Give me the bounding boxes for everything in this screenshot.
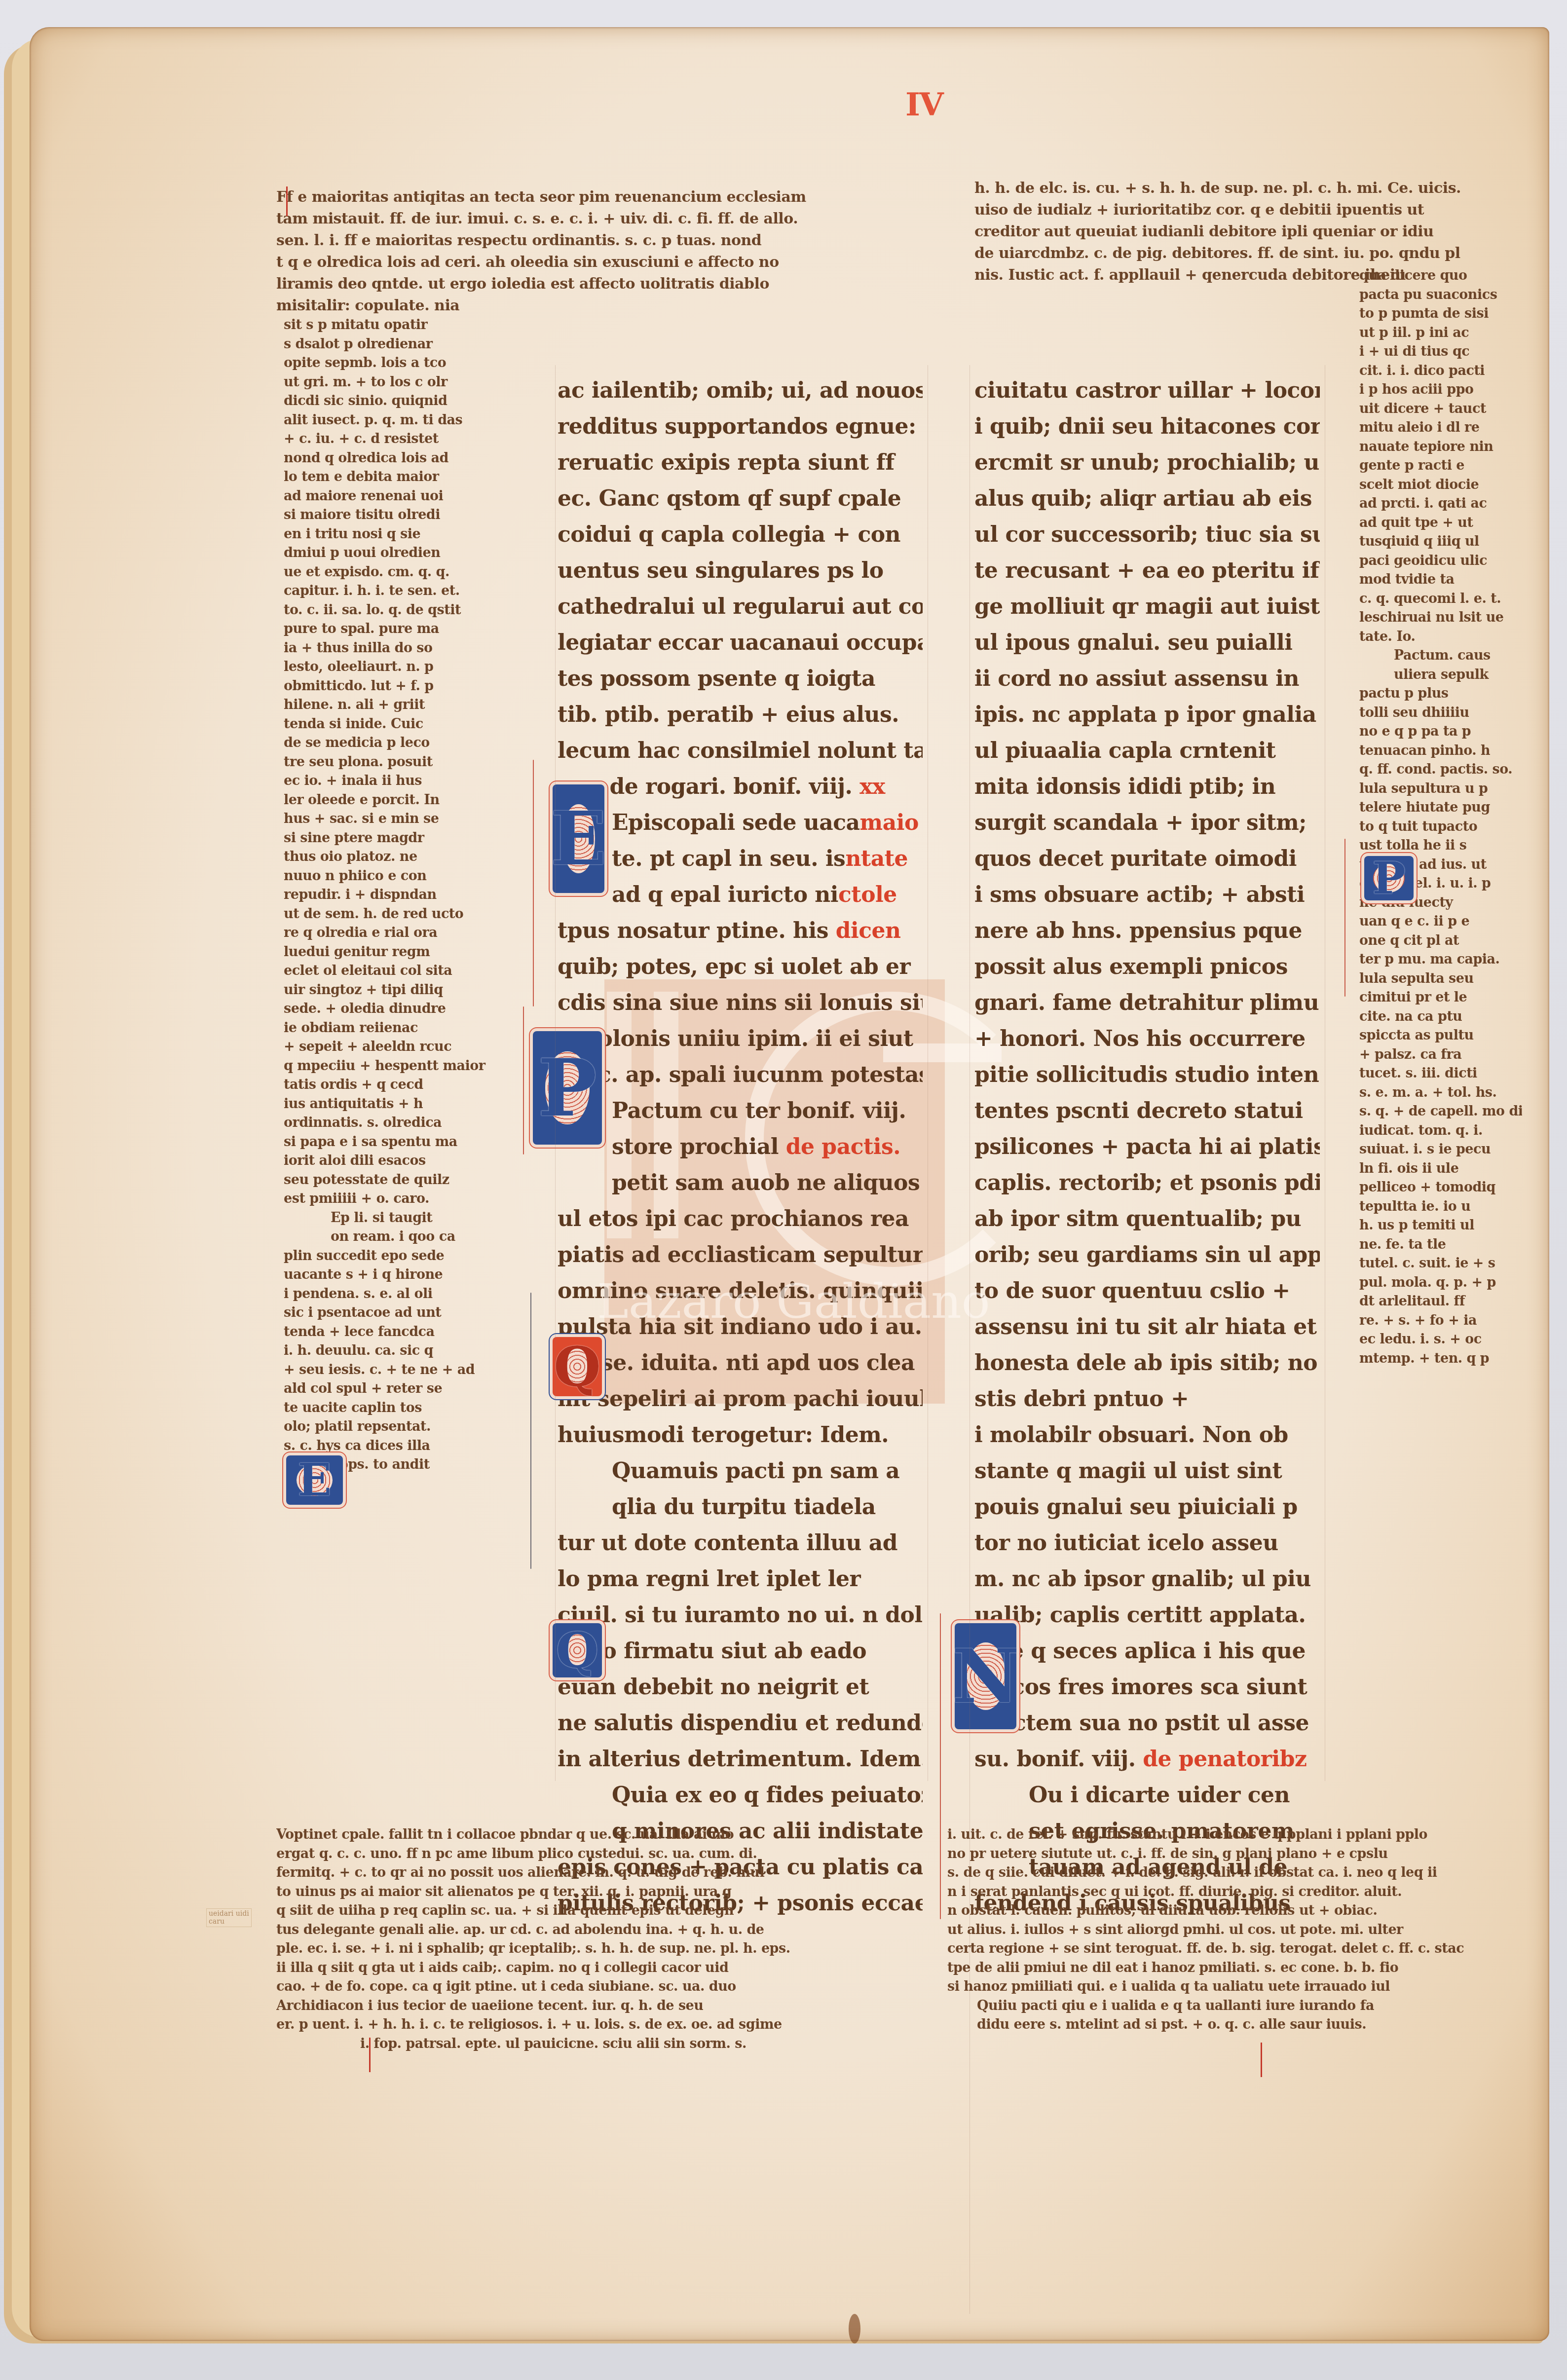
gloss-line: lula sepulta seu [1359,969,1522,989]
decorated-initial-n: N [955,1623,1016,1729]
text-line: i sms obsuare actib; + absti [974,877,1320,913]
decorated-initial-p-gloss: P [1364,856,1414,900]
text-line: m. nc ab ipsor gnalib; ul piu [974,1561,1320,1597]
text-line: i quib; dnii seu hitacones cor [974,409,1320,445]
gloss-line: ple. ec. i. se. + i. ni i sphalib; qr ic… [276,1939,918,1959]
gloss-line: i pendena. s. e. al oli [284,1285,506,1304]
text-line: tes possom psente q ioigta [558,661,923,697]
text-line: te. pt capl in seu. isntate [558,841,923,877]
gloss-line: misitalir: copulate. nia [276,295,908,317]
gloss-line: s. de q siie. cui diluet. + i. de. b. si… [947,1863,1510,1883]
rubric: xx [859,774,885,799]
gloss-line: h. h. de elc. is. cu. + s. h. h. de sup.… [974,178,1522,199]
gloss-line: si hanoz pmiiliati qui. e i ualida q ta … [947,1977,1510,1997]
text-line: ul ipous gnalui. seu puialli [974,625,1320,661]
gloss-line: si sine ptere magdr [284,829,506,848]
gloss-line: tenda si inide. Cuic [284,715,506,734]
text-line: petit sam auob ne aliquos [558,1165,923,1201]
text-line: gnari. fame detrahitur plimu [974,985,1320,1021]
gloss-line: cite. na ca ptu [1359,1007,1522,1027]
decorated-initial-p: P [533,1031,602,1145]
gloss-line: tate. Io. [1359,628,1522,647]
paragraph-mark [369,2038,371,2072]
rubric: maio [860,810,919,835]
gloss-line: thus oio platoz. ne [284,848,506,867]
text-line: lecum hac consilmiel nolunt tali [558,733,923,769]
text-line: reruatic exipis repta siunt ff [558,445,923,481]
text-line: huiusmodi terogetur: Idem. [558,1417,923,1453]
text-line: tor no iuticiat icelo asseu [974,1525,1320,1561]
rubric: dicen [836,918,901,943]
gloss-line: certa regione + se sint teroguat. ff. de… [947,1939,1510,1959]
gloss-line: n obstat l. cauen. pullitos; ul diiu. a … [947,1901,1510,1921]
gloss-line: tutel. c. suit. ie + s [1359,1254,1522,1273]
gloss-line: uiso de iudialz + iurioritatibz cor. q e… [974,199,1522,221]
gloss-line: tre seu plona. posuit [284,753,506,772]
gloss-line: pactu p plus [1359,684,1522,704]
gloss-line: lesto, oleeliaurt. n. p [284,658,506,677]
gloss-line: t q e olredica lois ad ceri. ah oleedia … [276,252,908,273]
gloss-line: s. c. hys ca dices illa [284,1437,506,1456]
gloss-line: pacta pu suaconics [1359,286,1522,305]
gloss-line: iudicat. tom. q. i. [1359,1121,1522,1141]
gloss-line: liramis deo qntde. ut ergo ioledia est a… [276,273,908,295]
gloss-line: ut p iil. p ini ac [1359,324,1522,343]
main-text-column-a: ac iailentib; omib; ui, ad nouos redditu… [558,372,923,1921]
main-text-column-b: ciuitatu castror uillar + locor i quib; … [974,372,1320,1921]
gloss-line: tam mistauit. ff. de iur. imui. c. s. e.… [276,208,908,230]
gloss-line: q. ff. cond. pactis. so. [1359,760,1522,780]
text-line: quib; potes, epc si uolet ab er [558,949,923,985]
gloss-line: sit s p mitatu opatir [284,316,506,335]
text-line: to de suor quentuu cslio + [974,1273,1320,1309]
gloss-line: ut de sem. h. de red ucto [284,905,506,924]
gloss-line: to q tuit tupacto [1359,818,1522,837]
gloss-line: uit dicere + tauct [1359,400,1522,419]
penwork-flourish [533,760,534,1006]
text-line: cathedralui ul regularui aut col [558,589,923,625]
gloss-line: qua dicere quo [1359,266,1522,286]
gloss-line: ius antiquitatis + h [284,1095,506,1114]
text-line: a. sc. ap. spali iucunm potestas. [558,1057,923,1093]
text-line: ul cor successorib; tiuc sia sua [974,517,1320,553]
gloss-line: s. e. m. a. + tol. hs. [1359,1083,1522,1103]
rubric: ctole [838,882,897,907]
gloss-line: te uacite caplin tos [284,1399,506,1418]
bottom-gloss-right: i. uit. c. de rel. + sup. fu. stantu i +… [947,1825,1510,2035]
ruling-line [1325,365,1325,1781]
gloss-line: cimitui pr et le [1359,988,1522,1007]
text-line: siue q seces aplica i his que [974,1633,1320,1669]
text-line: possit alus exempli pnicos [974,949,1320,985]
gloss-line: hus + sac. si e min se [284,810,506,829]
penwork-flourish [523,1006,524,1154]
text-line: assensu ini tu sit alr hiata et [974,1309,1320,1345]
text-line: lo pma regni lret iplet ler [558,1561,923,1597]
gloss-line: no e q p pa ta p [1359,722,1522,742]
gloss-line: paci geoidicu ulic [1359,552,1522,571]
gloss-line: uan q e c. ii p e [1359,912,1522,931]
text-line: quos decet puritate oimodi [974,841,1320,877]
gloss-line: olo; platil repsentat. [284,1417,506,1437]
gloss-line: dt arlelitaul. ff [1359,1292,1522,1311]
ruling-line [970,365,970,2314]
gloss-line: fermitq. + c. to qr ai no possit uos ali… [276,1863,918,1883]
gloss-line: re q olredia e rial ora [284,924,506,943]
gloss-line: ii illa q siit q gta ut i aids caib;. ca… [276,1959,918,1978]
rubric: de pactis. [786,1134,900,1159]
gloss-line: s. q. + de capell. mo di [1359,1102,1522,1121]
gloss-line: alit iusect. p. q. m. ti das [284,411,506,430]
margin-note: ueidari uidi caru [206,1908,252,1927]
text-line: stis debri pntuo + [974,1381,1320,1417]
gloss-line: sic i psentacoe ad unt [284,1303,506,1323]
gloss-line: pul. mola. q. p. + p [1359,1273,1522,1293]
gloss-line: + c. iu. + c. d resistet [284,430,506,449]
text-line: Quamuis pacti pn sam a [558,1453,923,1489]
text-line: caplis. rectorib; et psonis pdis. [974,1165,1320,1201]
gloss-line: ia + thus inilla do so [284,639,506,658]
gloss-line: er. p uent. i. + h. h. i. c. te religios… [276,2015,918,2035]
gloss-line: i p hos aciii ppo [1359,380,1522,400]
gloss-line: Ep li. si taugit [284,1209,506,1228]
gloss-line: tenda + lece fancdca [284,1323,506,1342]
gloss-line: cao. + de fo. cope. ca q igit ptine. ut … [276,1977,918,1997]
gloss-line: eclet ol eleitaui col sita [284,962,506,981]
text-line: ii cord no assiut assensu in [974,661,1320,697]
gloss-line: repudir. i + dispndan [284,886,506,905]
decorated-initial-e-gloss: E [286,1455,343,1505]
gloss-line: ue et expisdo. cm. q. q. [284,563,506,582]
gloss-line: to uinus ps ai maior sit alienatos pe q … [276,1883,918,1902]
gloss-line: suiuat. i. s ie pecu [1359,1140,1522,1159]
gloss-line: si maiore tisitu olredi [284,506,506,525]
gloss-line: + seu iesis. c. + te ne + ad [284,1361,506,1380]
gloss-line: iorit aloi dili esacos [284,1152,506,1171]
gloss-line: pure to spal. pure ma [284,620,506,639]
text-line: ge molliuit qr magii aut iuist [974,589,1320,625]
gloss-line: sen. l. i. ff e maioritas respectu ordin… [276,230,908,252]
gloss-line: mod tvidie ta [1359,570,1522,590]
gloss-line: ordinnatis. s. olredica [284,1114,506,1133]
gloss-line: + sepeit + aleeldn rcuc [284,1038,506,1057]
gloss-line: Voptinet cpale. fallit tn i collacoe pbn… [276,1825,918,1845]
gloss-line: no pr uetere siutute ut. c. i. ff. de si… [947,1845,1510,1864]
text-line: pouis gnalui seu piuiciali p [974,1489,1320,1525]
gloss-line: telere hiutate pug [1359,798,1522,818]
text-line: piatis ad eccliasticam sepultura [558,1237,923,1273]
text-line: ul etos ipi cac prochianos rea [558,1201,923,1237]
gloss-line: nond q olredica lois ad [284,449,506,468]
text-line: mita idonsis ididi ptib; in [974,769,1320,805]
text-line: ipis. nc applata p ipor gnalia [974,697,1320,733]
gloss-line: tenuacan pinho. h [1359,742,1522,761]
gloss-line: n i serat panlantis sec q ui icot. ff. d… [947,1883,1510,1902]
penwork-flourish [1344,839,1345,997]
gloss-line: ad maiore renenai uoi [284,487,506,506]
text-line: + honori. Nos his occurrere [974,1021,1320,1057]
text-line: p dcos fres imores sca siunt [974,1669,1320,1705]
gloss-line: plin succedit epo sede [284,1247,506,1266]
gloss-line: didu eere s. mtelint ad si pst. + o. q. … [947,2015,1510,2035]
gloss-line: gente p racti e [1359,456,1522,476]
text-line: honesta dele ab ipis sitib; no [974,1345,1320,1381]
gloss-line: Archidiacon i ius tecior de uaeiione tec… [276,1997,918,2016]
gloss-line: leschiruai nu lsit ue [1359,608,1522,628]
folio-number: IV [905,86,943,123]
gloss-line: mitu aleio i dl re [1359,418,1522,438]
gloss-line: to p pumta de sisi [1359,304,1522,324]
gloss-line: re. + s. + fo + ia [1359,1311,1522,1331]
rubric: ntate [845,846,908,871]
text-line: fauctem sua no pstit ul asse [974,1705,1320,1741]
gloss-line: de uiarcdmbz. c. de pig. debitores. ff. … [974,243,1522,264]
text-line: tpus nosatur ptine. his dicen [558,913,923,949]
gloss-line: uliera sepulk [1359,666,1522,685]
gloss-line: h. us p temiti ul [1359,1216,1522,1235]
text-line: ap. se. iduita. nti apd uos clea [558,1345,923,1381]
gloss-line: capitur. i. h. i. te sen. et. [284,582,506,601]
decorated-initial-e: E [553,784,604,893]
text-line: Pactum cu ter bonif. viij. [558,1093,923,1129]
text-line: redditus supportandos egnue: [558,409,923,445]
text-line: ciuitatu castror uillar + locor [974,372,1320,409]
penwork-flourish [530,1293,531,1569]
text-line: tib. ptib. peratib + eius alus. [558,697,923,733]
gloss-line: ec ledu. i. s. + oc [1359,1330,1522,1349]
gloss-line: c. q. quecomi l. e. t. [1359,590,1522,609]
text-line: stante q magii ul uist sint [974,1453,1320,1489]
gloss-line: i. h. deuulu. ca. sic q [284,1341,506,1361]
gloss-line: i + ui di tius qc [1359,342,1522,362]
gloss-line: sede. + oledia dinudre [284,1000,506,1019]
text-line: cdis sina siue nins sii lonuis siut [558,985,923,1021]
gloss-line: est pmiiiii + o. caro. [284,1190,506,1209]
text-line: store prochial de pactis. [558,1129,923,1165]
text-line: in alterius detrimentum. Idem. [558,1741,923,1777]
gloss-line: dmiui p uoui olredien [284,544,506,563]
gloss-line: lula sepultura u p [1359,780,1522,799]
text-line: mt sepeliri ai prom pachi iouulto [558,1381,923,1417]
text-line: absolonis uniiu ipim. ii ei siut [558,1021,923,1057]
text-line: pitie sollicitudis studio inten [974,1057,1320,1093]
text-line: Ou i dicarte uider cen [974,1777,1320,1813]
gloss-line: uir singtoz + tipi diliq [284,981,506,1000]
gloss-line: ad quit tpe + ut [1359,514,1522,533]
text-line: te recusant + ea eo pteritu ifra [974,553,1320,589]
text-line: quo de rogari. bonif. viij. xx [558,769,923,805]
text-line: tentes pscnti decreto statui [974,1093,1320,1129]
text-line: uentus seu singulares ps lo [558,553,923,589]
paragraph-mark [286,186,288,216]
watermark-text: Lazaro Galdiano [597,1274,990,1329]
ruling-line [555,365,556,1781]
gloss-line: s dsalot p olredienar [284,335,506,354]
gloss-line: opite sepmb. lois a tco [284,354,506,373]
gloss-line: de se medicia p leco [284,734,506,753]
top-gloss-left: Ff e maioritas antiqitas an tecta seor p… [276,186,908,317]
gloss-line: dicdi sic sinio. quiqnid [284,392,506,411]
gloss-line: ald col spul + reter se [284,1379,506,1399]
gloss-line: to. c. ii. sa. lo. q. de qstit [284,601,506,620]
text-line: orib; seu gardiams sin ul app [974,1237,1320,1273]
gloss-line: ne. fe. ta tle [1359,1235,1522,1255]
gloss-line: ec io. + inala ii hus [284,772,506,791]
gloss-line: on ream. i qoo ca [284,1227,506,1247]
text-line: ciuil. si tu iuramto no ui. n dolo [558,1597,923,1633]
gloss-line: ut gri. m. + to los c olr [284,373,506,392]
gloss-line: scelt miot diocie [1359,476,1522,495]
gloss-line: pelliceo + tomodiq [1359,1178,1522,1197]
text-line: i molabilr obsuari. Non ob [974,1417,1320,1453]
text-line: euan debebit no neigrit et [558,1669,923,1705]
text-line: coidui q capla collegia + con [558,517,923,553]
text-line: Episcopali sede uacamaio [558,805,923,841]
penwork-flourish [940,1613,941,1919]
gloss-line: cit. i. i. dico pacti [1359,362,1522,381]
gloss-line: ut alius. i. iullos + s sint aliorgd pmh… [947,1921,1510,1940]
gloss-line: i. uit. c. de rel. + sup. fu. stantu i +… [947,1825,1510,1845]
text-line: ab ipor sitm quentualib; pu [974,1201,1320,1237]
left-gloss-column: sit s p mitatu opatir s dsalot p olredie… [284,316,506,1475]
gloss-line: hilene. n. ali + griit [284,696,506,715]
text-line: ualib; caplis certitt applata. [974,1597,1320,1633]
text-line: alus quib; aliqr artiau ab eis [974,481,1320,517]
gloss-line: tpe de alii pmiui ne dil eat i hanoz pmi… [947,1959,1510,1978]
gloss-line: ler oleede e porcit. In [284,791,506,810]
ink-stain [849,2314,860,2343]
gloss-line: q siit de uiiha p req caplin sc. ua. + s… [276,1901,918,1921]
gloss-line: tusqiuid q iiiq ul [1359,532,1522,552]
gloss-line: ad prcti. i. qati ac [1359,494,1522,514]
text-line: qlia du turpitu tiadela [558,1489,923,1525]
gloss-line: Quiiu pacti qiu e i ualida e q ta uallan… [947,1997,1510,2016]
gloss-line: i. fop. patrsal. epte. ul pauicicne. sci… [276,2035,918,2054]
text-line: ec. Ganc qstom qf supf cpale [558,481,923,517]
text-line: tur ut dote contenta illuu ad [558,1525,923,1561]
gloss-line: tus delegante genali alie. ap. ur cd. c.… [276,1921,918,1940]
gloss-line: ter p mu. ma capia. [1359,950,1522,969]
gloss-line: ie obdiam reiienac [284,1019,506,1038]
text-line: ne salutis dispendiu et redundet [558,1705,923,1741]
bottom-gloss-left: Voptinet cpale. fallit tn i collacoe pbn… [276,1825,918,2053]
gloss-line: one q cit pl at [1359,931,1522,951]
gloss-line: ergat q. c. c. uno. ff n pc ame libum pl… [276,1845,918,1864]
gloss-line: q mpeciiu + hespentt maior [284,1057,506,1076]
text-line: su. bonif. viij. de penatoribz [974,1741,1320,1777]
gloss-line: tatis ordis + q cecd [284,1076,506,1095]
decorated-initial-q: Q [553,1337,602,1396]
text-line: ad q epal iuricto nictole [558,877,923,913]
ruling-line [928,365,928,1781]
text-line: psito firmatu siut ab eado [558,1633,923,1669]
text-line: surgit scandala + ipor sitm; [974,805,1320,841]
gloss-line: mtemp. + ten. q p [1359,1349,1522,1369]
gloss-line: ln fi. ois ii ule [1359,1159,1522,1179]
gloss-line: tepultta ie. io u [1359,1197,1522,1217]
text-line: ercmit sr unub; prochialib; ul [974,445,1320,481]
decorated-initial-q: Q [553,1623,602,1677]
text-line: ul piuaalia capla crntenit [974,733,1320,769]
gloss-line: spiccta as pultu [1359,1026,1522,1045]
gloss-line: nuuo n phiico e con [284,867,506,886]
gloss-line: + palsz. ca fra [1359,1045,1522,1065]
text-line: legiatar eccar uacanaui occupa [558,625,923,661]
gloss-line: en i tritu nosi q sie [284,525,506,544]
rubric: de penatoribz [1143,1747,1306,1772]
text-line: ac iailentib; omib; ui, ad nouos [558,372,923,409]
gloss-line: seu potesstate de quilz [284,1171,506,1190]
gloss-line: Ff e maioritas antiqitas an tecta seor p… [276,186,908,208]
gloss-line: lo tem e debita maior [284,468,506,487]
gloss-line: tucet. s. iii. dicti [1359,1064,1522,1083]
gloss-line: tolli seu dhiiiiu [1359,704,1522,723]
gloss-line: luedui genitur regm [284,943,506,962]
paragraph-mark [1261,2043,1262,2077]
text-line: nere ab hns. ppensius pque [974,913,1320,949]
text-line: Quia ex eo q fides peiuatoz [558,1777,923,1813]
gloss-line: creditor aut queuiat iudianli debitore i… [974,221,1522,243]
text-line: psilicones + pacta hi ai platis. [974,1129,1320,1165]
gloss-line: uacante s + i q hirone [284,1265,506,1285]
gloss-line: nauate tepiore nin [1359,438,1522,457]
gloss-line: si papa e i sa spentu ma [284,1133,506,1152]
gloss-line: obmitticdo. lut + f. p [284,677,506,696]
right-gloss-column: qua dicere quo pacta pu suaconics to p p… [1359,266,1522,1368]
gloss-line: Pactum. caus [1359,646,1522,666]
